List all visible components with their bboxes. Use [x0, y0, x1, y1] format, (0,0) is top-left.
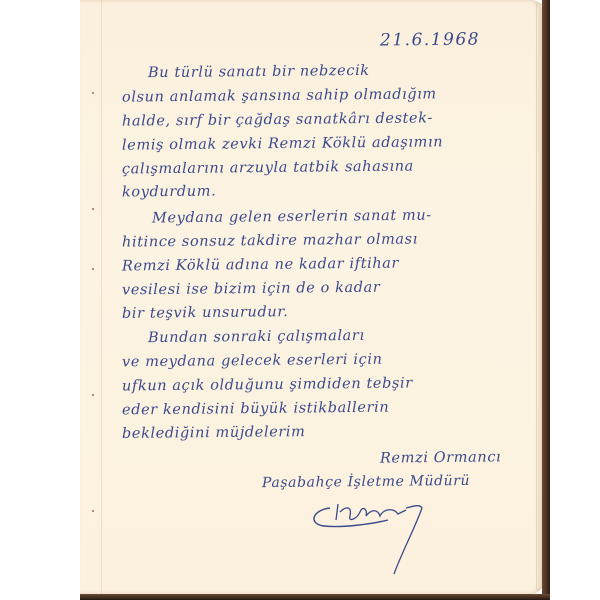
- letter-line: koydurdum.: [122, 184, 216, 201]
- book-page-container: 21.6.1968 Bu türlü sanatı bir nebzecik o…: [80, 0, 550, 600]
- signatory-name: Remzi Ormancı: [380, 449, 501, 466]
- binding-stitch: [92, 394, 94, 396]
- letter-line: ve meydana gelecek eserleri için: [122, 352, 383, 371]
- letter-line: Bundan sonraki çalışmaları: [148, 328, 365, 346]
- letter-line: hitince sonsuz takdire mazhar olması: [122, 231, 418, 250]
- letter-line: eder kendisini büyük istikballerin: [122, 400, 389, 419]
- letter-line: halde, sırf bir çağdaş sanatkârı destek-: [122, 110, 433, 129]
- binding-stitch: [92, 510, 94, 512]
- signatory-title: Paşabahçe İşletme Müdürü: [262, 473, 470, 491]
- handwritten-page: 21.6.1968 Bu türlü sanatı bir nebzecik o…: [80, 0, 542, 594]
- letter-line: beklediğini müjdelerim: [122, 424, 306, 442]
- letter-line: olsun anlamak şansına sahip olmadığım: [122, 86, 437, 105]
- letter-line: lemiş olmak zevki Remzi Köklü adaşımın: [122, 134, 443, 153]
- letter-line: bir teşvik unsurudur.: [122, 304, 289, 322]
- letter-line: Remzi Köklü adına ne kadar iftihar: [122, 256, 399, 275]
- book-binding-bottom: [80, 594, 550, 600]
- page-margin-line: [101, 0, 102, 594]
- handwritten-signature: [302, 490, 442, 580]
- letter-line: Meydana gelen eserlerin sanat mu-: [152, 208, 432, 227]
- binding-stitch: [92, 268, 94, 270]
- binding-stitch: [92, 208, 94, 210]
- letter-line: vesilesi ise bizim için de o kadar: [122, 280, 381, 299]
- book-binding-right: [542, 0, 550, 600]
- letter-line: ufkun açık olduğunu şimdiden tebşir: [122, 375, 413, 394]
- letter-date: 21.6.1968: [380, 29, 480, 50]
- letter-line: çalışmalarını arzuyla tatbik sahasına: [122, 158, 414, 177]
- letter-line: Bu türlü sanatı bir nebzecik: [148, 63, 370, 81]
- binding-stitch: [92, 92, 94, 94]
